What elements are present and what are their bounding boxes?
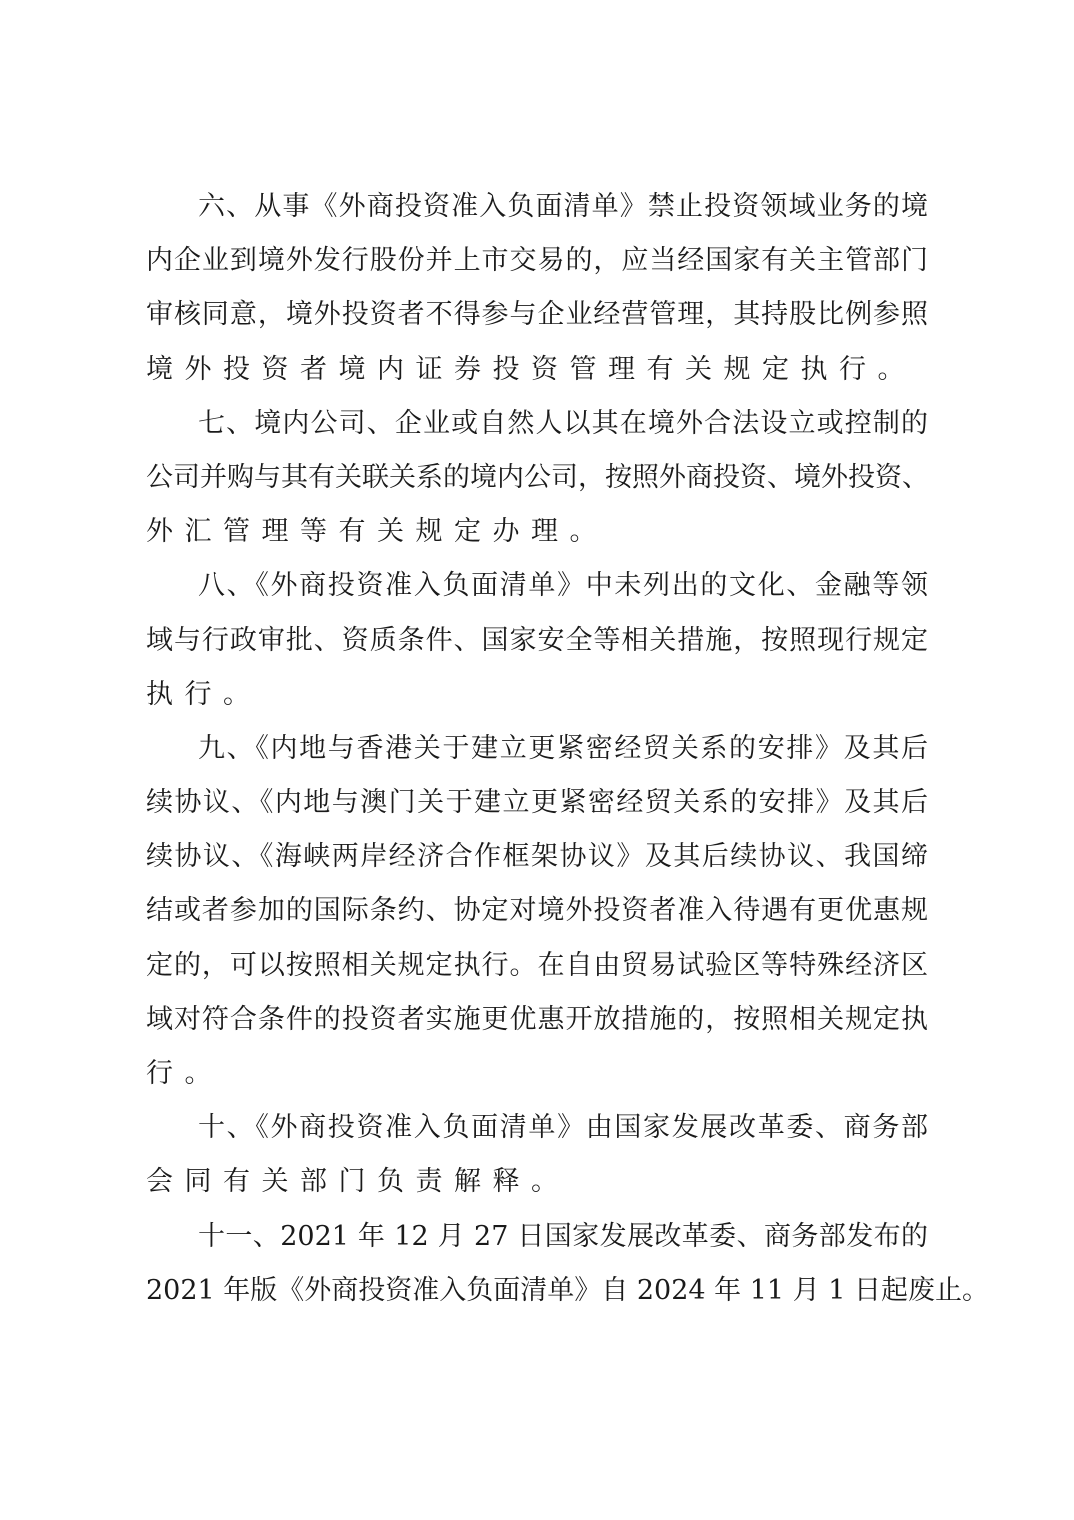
paragraph-ten: 十、《外商投资准入负面清单》由国家发展改革委、商务部 会同有关部门负责解释。	[146, 1101, 928, 1209]
paragraph-eight: 八、《外商投资准入负面清单》中未列出的文化、金融等领 域与行政审批、资质条件、国…	[146, 559, 928, 722]
paragraph-line: 审核同意，境外投资者不得参与企业经营管理，其持股比例参照	[146, 288, 928, 342]
paragraph-line: 续协议、《内地与澳门关于建立更紧密经贸关系的安排》及其后	[146, 776, 928, 830]
paragraph-eleven: 十一、2021 年 12 月 27 日国家发展改革委、商务部发布的 2021 年…	[146, 1210, 928, 1318]
paragraph-line: 境外投资者境内证券投资管理有关规定执行。	[146, 343, 928, 397]
paragraph-six: 六、从事《外商投资准入负面清单》禁止投资领域业务的境 内企业到境外发行股份并上市…	[146, 180, 928, 397]
paragraph-line: 十、《外商投资准入负面清单》由国家发展改革委、商务部	[146, 1101, 928, 1155]
paragraph-nine: 九、《内地与香港关于建立更紧密经贸关系的安排》及其后 续协议、《内地与澳门关于建…	[146, 722, 928, 1101]
paragraph-line: 域与行政审批、资质条件、国家安全等相关措施，按照现行规定	[146, 614, 928, 668]
paragraph-line: 内企业到境外发行股份并上市交易的，应当经国家有关主管部门	[146, 234, 928, 288]
paragraph-line: 九、《内地与香港关于建立更紧密经贸关系的安排》及其后	[146, 722, 928, 776]
paragraph-line: 会同有关部门负责解释。	[146, 1155, 928, 1209]
paragraph-line: 续协议、《海峡两岸经济合作框架协议》及其后续协议、我国缔	[146, 830, 928, 884]
paragraph-line: 外汇管理等有关规定办理。	[146, 505, 928, 559]
paragraph-line: 行。	[146, 1047, 928, 1101]
paragraph-line: 域对符合条件的投资者实施更优惠开放措施的，按照相关规定执	[146, 993, 928, 1047]
paragraph-line: 十一、2021 年 12 月 27 日国家发展改革委、商务部发布的	[146, 1210, 928, 1264]
document-body: 六、从事《外商投资准入负面清单》禁止投资领域业务的境 内企业到境外发行股份并上市…	[146, 180, 928, 1318]
paragraph-line: 七、境内公司、企业或自然人以其在境外合法设立或控制的	[146, 397, 928, 451]
paragraph-line: 八、《外商投资准入负面清单》中未列出的文化、金融等领	[146, 559, 928, 613]
paragraph-line: 定的，可以按照相关规定执行。在自由贸易试验区等特殊经济区	[146, 939, 928, 993]
paragraph-line: 公司并购与其有关联关系的境内公司，按照外商投资、境外投资、	[146, 451, 928, 505]
document-page: 六、从事《外商投资准入负面清单》禁止投资领域业务的境 内企业到境外发行股份并上市…	[0, 0, 1074, 1520]
paragraph-line: 执行。	[146, 668, 928, 722]
paragraph-line: 六、从事《外商投资准入负面清单》禁止投资领域业务的境	[146, 180, 928, 234]
paragraph-line: 2021 年版《外商投资准入负面清单》自 2024 年 11 月 1 日起废止。	[146, 1264, 928, 1318]
paragraph-line: 结或者参加的国际条约、协定对境外投资者准入待遇有更优惠规	[146, 884, 928, 938]
paragraph-seven: 七、境内公司、企业或自然人以其在境外合法设立或控制的 公司并购与其有关联关系的境…	[146, 397, 928, 560]
